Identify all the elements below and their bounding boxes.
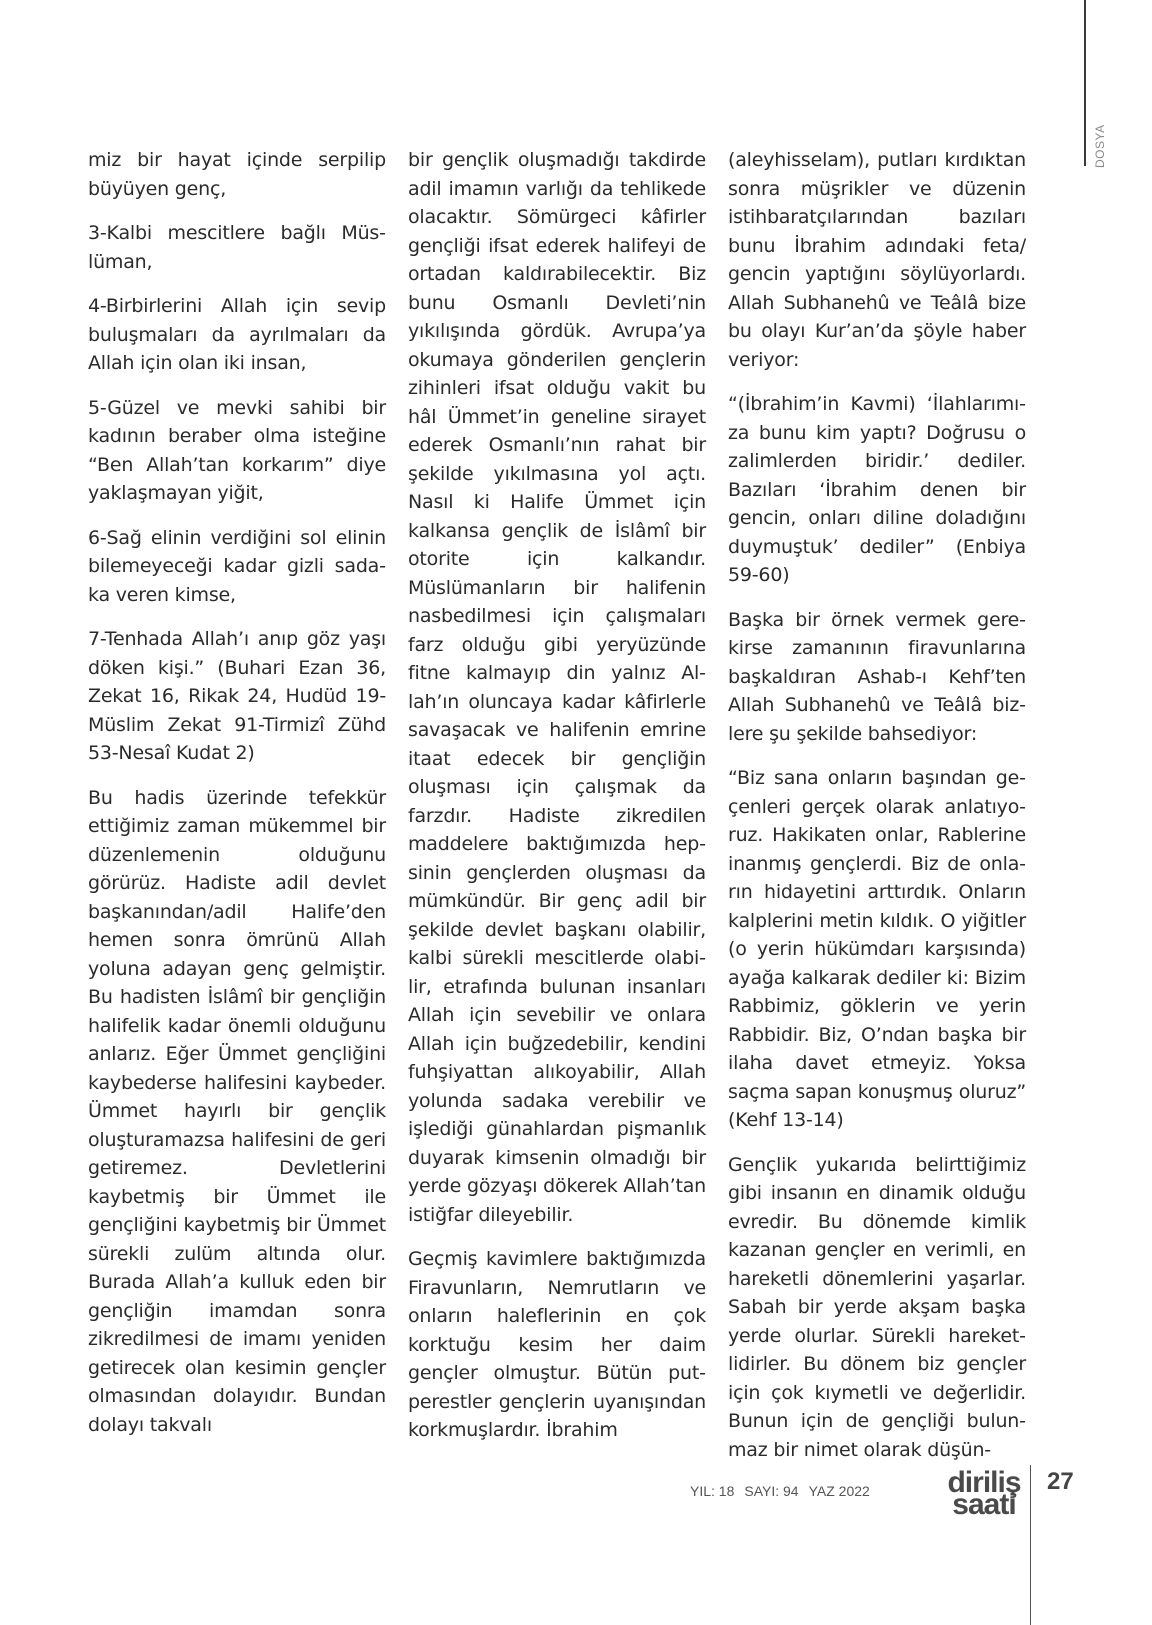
- text-column-1: miz bir hayat içinde serpilip büyüyen ge…: [88, 146, 386, 1464]
- paragraph: miz bir hayat içinde serpilip büyüyen ge…: [88, 146, 386, 203]
- article-body: miz bir hayat içinde serpilip büyüyen ge…: [88, 146, 1028, 1464]
- text-column-2: bir gençlik oluşmadığı takdirde adil ima…: [408, 146, 706, 1464]
- paragraph: (aleyhisselam), putları kırdık­tan sonra…: [728, 146, 1026, 374]
- paragraph: 7-Tenhada Allah’ı anıp göz yaşı döken ki…: [88, 625, 386, 768]
- paragraph: 4-Birbirlerini Allah için sevip buluşmal…: [88, 292, 386, 378]
- paragraph: “Biz sana onların başından ge­çenleri ge…: [728, 764, 1026, 1135]
- issue-info: YIL: 18 SAYI: 94 YAZ 2022: [690, 1483, 870, 1499]
- paragraph: 6-Sağ elinin verdiğini sol elinin bileme…: [88, 524, 386, 610]
- paragraph: bir gençlik oluşmadığı takdirde adil ima…: [408, 146, 706, 1229]
- logo-line-2: saati: [944, 1494, 1024, 1516]
- paragraph: “(İbrahim’in Kavmi) ‘İlahlarımı­za bunu …: [728, 390, 1026, 590]
- footer-divider: [1030, 1465, 1031, 1625]
- season-label: YAZ 2022: [809, 1483, 870, 1499]
- text-column-3: (aleyhisselam), putları kırdık­tan sonra…: [728, 146, 1026, 1464]
- year-label: YIL: 18: [690, 1483, 734, 1499]
- page-number: 27: [1047, 1468, 1074, 1496]
- paragraph: Bu hadis üzerinde tefekkür ettiğimiz zam…: [88, 784, 386, 1440]
- magazine-logo: diriliş saati: [944, 1472, 1024, 1516]
- section-rule: [1084, 0, 1086, 166]
- issue-label: SAYI: 94: [744, 1483, 798, 1499]
- page-footer: YIL: 18 SAYI: 94 YAZ 2022 diriliş saati …: [0, 1460, 1152, 1625]
- section-tag: DOSYA: [1093, 118, 1107, 168]
- paragraph: 3-Kalbi mescitlere bağlı Müs­lüman,: [88, 219, 386, 276]
- paragraph: Gençlik yukarıda belirttiğimiz gibi insa…: [728, 1151, 1026, 1465]
- paragraph: Geçmiş kavimlere baktığı­mızda Firavunla…: [408, 1245, 706, 1445]
- paragraph: 5-Güzel ve mevki sahibi bir kadının bera…: [88, 394, 386, 508]
- paragraph: Başka bir örnek vermek gere­kirse zamanı…: [728, 606, 1026, 749]
